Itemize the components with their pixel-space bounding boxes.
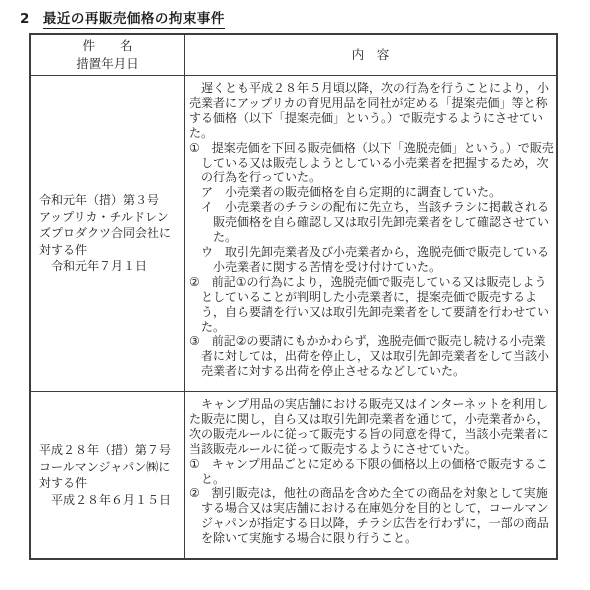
case-name-cell-aprica: 令和元年（措）第３号 アップリカ・チルドレンズプロダクツ合同会社に対する件 令和… <box>31 76 185 391</box>
case-name-block: 平成２８年（措）第７号 コールマンジャパン㈱に対する件 平成２８年６月１５日 <box>39 442 178 508</box>
case-date: 平成２８年６月１５日 <box>39 492 178 509</box>
case-number: 令和元年（措）第３号 <box>39 192 178 209</box>
case-number: 平成２８年（措）第７号 <box>39 442 178 459</box>
case-name-block: 令和元年（措）第３号 アップリカ・チルドレンズプロダクツ合同会社に対する件 令和… <box>39 192 178 275</box>
content-subitem-a: ア 小売業者の販売価格を自ら定期的に調査していた。 <box>189 185 554 200</box>
case-name-cell-coleman: 平成２８年（措）第７号 コールマンジャパン㈱に対する件 平成２８年６月１５日 <box>31 392 185 558</box>
content-item-3: ③ 前記②の要請にもかかわらず，逸脱売価で販売し続ける小売業者に対しては，出荷を… <box>189 334 554 379</box>
header-content-cell: 内 容 <box>185 35 556 75</box>
header-case-date-label: 措置年月日 <box>76 55 139 73</box>
table-header-row: 件 名 措置年月日 内 容 <box>31 35 556 75</box>
content-item-2: ② 前記①の行為により，逸脱売価で販売している又は販売しようとしていることが判明… <box>189 275 554 335</box>
content-item-1: ① 提案売価を下回る販売価格（以下「逸脱売価」という。）で販売している又は販売し… <box>189 141 554 186</box>
content-item-1: ① キャンプ用品ごとに定める下限の価格以上の価格で販売すること。 <box>189 457 554 487</box>
header-content-label: 内 容 <box>352 46 390 64</box>
document-page: 2最近の再販売価格の拘束事件 件 名 措置年月日 内 容 令和元年（措）第３号 … <box>0 0 590 590</box>
page-title: 2最近の再販売価格の拘束事件 <box>20 7 225 29</box>
header-case-name-label: 件 名 <box>82 37 132 55</box>
table-row-aprica: 令和元年（措）第３号 アップリカ・チルドレンズプロダクツ合同会社に対する件 令和… <box>31 75 556 391</box>
case-date: 令和元年７月１日 <box>39 258 178 275</box>
page-title-number: 2 <box>20 11 30 27</box>
content-paragraph: キャンプ用品の実店舗における販売又はインターネットを利用した販売に関し，自ら又は… <box>189 397 554 457</box>
case-content-cell-coleman: キャンプ用品の実店舗における販売又はインターネットを利用した販売に関し，自ら又は… <box>185 392 556 558</box>
case-subject: アップリカ・チルドレンズプロダクツ合同会社に対する件 <box>39 209 178 259</box>
table-row-coleman: 平成２８年（措）第７号 コールマンジャパン㈱に対する件 平成２８年６月１５日 キ… <box>31 391 556 558</box>
content-item-2: ② 割引販売は，他社の商品を含めた全ての商品を対象として実施する場合又は実店舗に… <box>189 486 554 546</box>
case-subject: コールマンジャパン㈱に対する件 <box>39 459 178 492</box>
content-subitem-u: ウ 取引先卸売業者及び小売業者から，逸脱売価で販売している小売業者に関する苦情を… <box>189 245 554 275</box>
page-title-text: 最近の再販売価格の拘束事件 <box>43 7 225 29</box>
cases-table: 件 名 措置年月日 内 容 令和元年（措）第３号 アップリカ・チルドレンズプロダ… <box>29 33 558 560</box>
header-case-name-cell: 件 名 措置年月日 <box>31 35 185 75</box>
content-subitem-i: イ 小売業者のチラシの配布に先立ち，当該チラシに掲載される販売価格を自ら確認し又… <box>189 200 554 245</box>
content-paragraph: 遅くとも平成２８年５月頃以降，次の行為を行うことにより，小売業者にアップリカの育… <box>189 81 554 141</box>
case-content-cell-aprica: 遅くとも平成２８年５月頃以降，次の行為を行うことにより，小売業者にアップリカの育… <box>185 76 556 391</box>
